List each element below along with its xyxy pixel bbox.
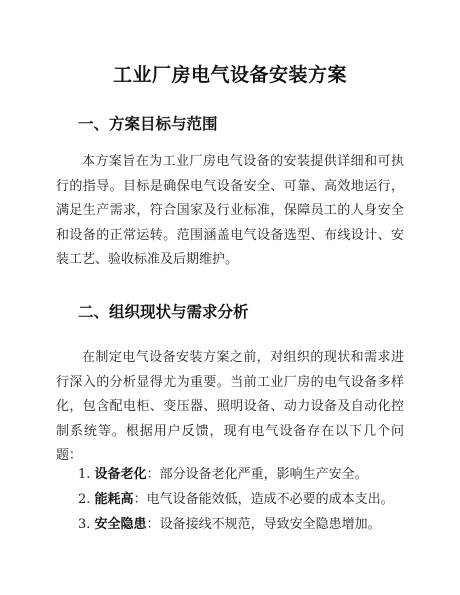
- issue-separator: ：: [147, 467, 160, 482]
- issue-separator: ：: [147, 517, 160, 532]
- issues-list: 1. 设备老化：部分设备老化严重，影响生产安全。 2. 能耗高：电气设备能效低，…: [78, 462, 394, 537]
- issue-item-aging: 1. 设备老化：部分设备老化严重，影响生产安全。: [78, 462, 394, 487]
- issue-item-safety: 3. 安全隐患：设备接线不规范，导致安全隐患增加。: [78, 512, 394, 537]
- issue-number: 3.: [78, 517, 90, 532]
- section-paragraph-status-analysis: 在制定电气设备安装方案之前，对组织的现状和需求进行深入的分析显得尤为重要。当前工…: [56, 346, 404, 469]
- issue-number: 1.: [78, 467, 90, 482]
- section-paragraph-goals-scope: 本方案旨在为工业厂房电气设备的安装提供详细和可执行的指导。目标是确保电气设备安全…: [56, 150, 404, 273]
- section-heading-status-analysis: 二、组织现状与需求分析: [78, 300, 249, 322]
- issue-term: 设备老化: [95, 467, 147, 482]
- issue-term: 安全隐患: [95, 517, 147, 532]
- issue-number: 2.: [78, 492, 90, 507]
- section-heading-goals-scope: 一、方案目标与范围: [78, 112, 218, 134]
- issue-separator: ：: [134, 492, 147, 507]
- issue-description: 部分设备老化严重，影响生产安全。: [160, 467, 368, 482]
- issue-term: 能耗高: [95, 492, 134, 507]
- issue-description: 设备接线不规范，导致安全隐患增加。: [160, 517, 381, 532]
- document-page: 工业厂房电气设备安装方案 一、方案目标与范围 本方案旨在为工业厂房电气设备的安装…: [0, 0, 460, 595]
- issue-description: 电气设备能效低，造成不必要的成本支出。: [147, 492, 394, 507]
- document-title: 工业厂房电气设备安装方案: [0, 60, 460, 87]
- issue-item-energy: 2. 能耗高：电气设备能效低，造成不必要的成本支出。: [78, 487, 394, 512]
